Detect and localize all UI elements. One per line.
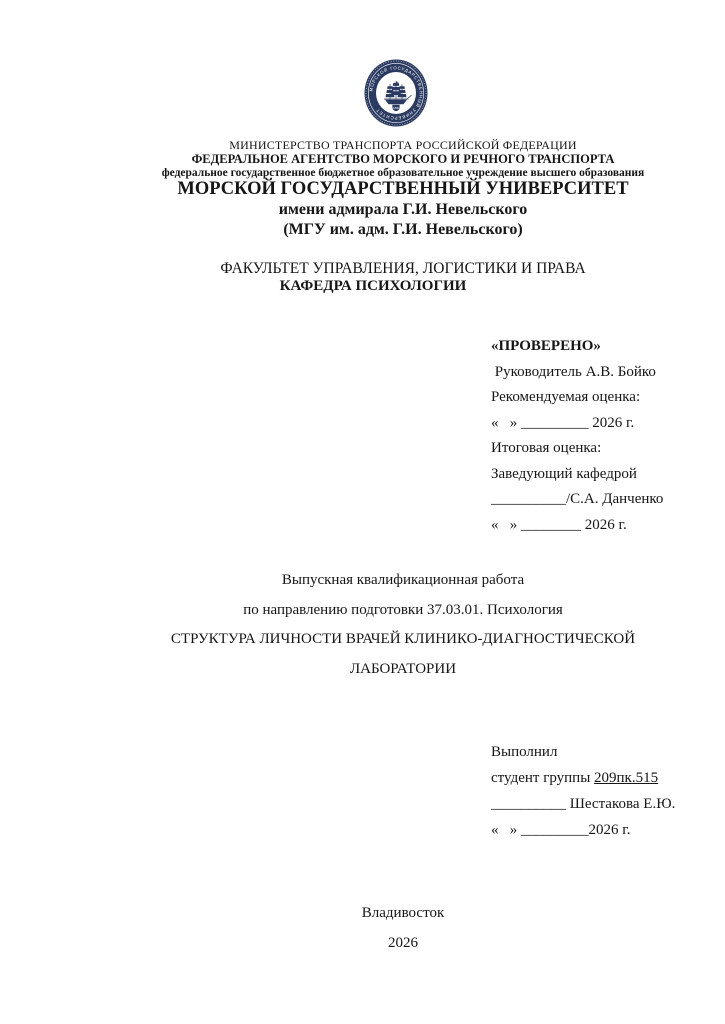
approval-date-1: « » _________ 2026 г. — [491, 411, 716, 437]
recommended-grade-label: Рекомендуемая оценка: — [491, 385, 716, 411]
university-seal-icon: МОРСКОЙ ГОСУДАРСТВЕННЫЙ УНИВЕРСИТЕТ — [364, 59, 428, 127]
city-name: Владивосток — [118, 899, 688, 929]
footer-year: 2026 — [118, 929, 688, 959]
seal-year: 1890 — [393, 106, 399, 110]
agency-line: ФЕДЕРАЛЬНОЕ АГЕНТСТВО МОРСКОГО И РЕЧНОГО… — [118, 152, 688, 167]
supervisor-line: Руководитель А.В. Бойко — [491, 360, 716, 386]
author-signature-line: __________ Шестакова Е.Ю. — [491, 791, 716, 817]
work-type: Выпускная квалификационная работа — [118, 566, 688, 596]
head-signature-line: __________/С.А. Данченко — [491, 487, 716, 513]
university-name: МОРСКОЙ ГОСУДАРСТВЕННЫЙ УНИВЕРСИТЕТ — [118, 179, 688, 200]
footer-block: Владивосток 2026 — [118, 899, 688, 958]
author-date-line: « » _________2026 г. — [491, 817, 716, 843]
student-group-line: студент группы 209пк.515 — [491, 765, 716, 791]
institution-type-line: федеральное государственное бюджетное об… — [118, 167, 688, 179]
faculty-name: ФАКУЛЬТЕТ УПРАВЛЕНИЯ, ЛОГИСТИКИ И ПРАВА — [118, 260, 688, 278]
author-block: Выполнил студент группы 209пк.515 ______… — [491, 739, 716, 843]
university-named-after: имени адмирала Г.И. Невельского — [118, 201, 688, 219]
student-group-number: 209пк.515 — [594, 770, 658, 786]
ministry-line: МИНИСТЕРСТВО ТРАНСПОРТА РОССИЙСКОЙ ФЕДЕР… — [118, 138, 688, 153]
approval-block: «ПРОВЕРЕНО» Руководитель А.В. Бойко Реко… — [491, 334, 716, 538]
performed-by-label: Выполнил — [491, 739, 716, 765]
thesis-title-line2: ЛАБОРАТОРИИ — [118, 655, 688, 685]
final-grade-label: Итоговая оценка: — [491, 436, 716, 462]
university-abbreviation: (МГУ им. адм. Г.И. Невельского) — [118, 221, 688, 239]
program-line: по направлению подготовки 37.03.01. Псих… — [118, 596, 688, 626]
thesis-title-line1: СТРУКТУРА ЛИЧНОСТИ ВРАЧЕЙ КЛИНИКО-ДИАГНО… — [118, 625, 688, 655]
head-of-department-label: Заведующий кафедрой — [491, 462, 716, 488]
approval-date-2: « » ________ 2026 г. — [491, 513, 716, 539]
student-group-prefix: студент группы — [491, 770, 594, 786]
department-name: КАФЕДРА ПСИХОЛОГИИ — [88, 278, 658, 295]
title-page: МОРСКОЙ ГОСУДАРСТВЕННЫЙ УНИВЕРСИТЕТ — [0, 0, 725, 1024]
checked-label: «ПРОВЕРЕНО» — [491, 334, 716, 360]
thesis-block: Выпускная квалификационная работа по нап… — [118, 566, 688, 684]
